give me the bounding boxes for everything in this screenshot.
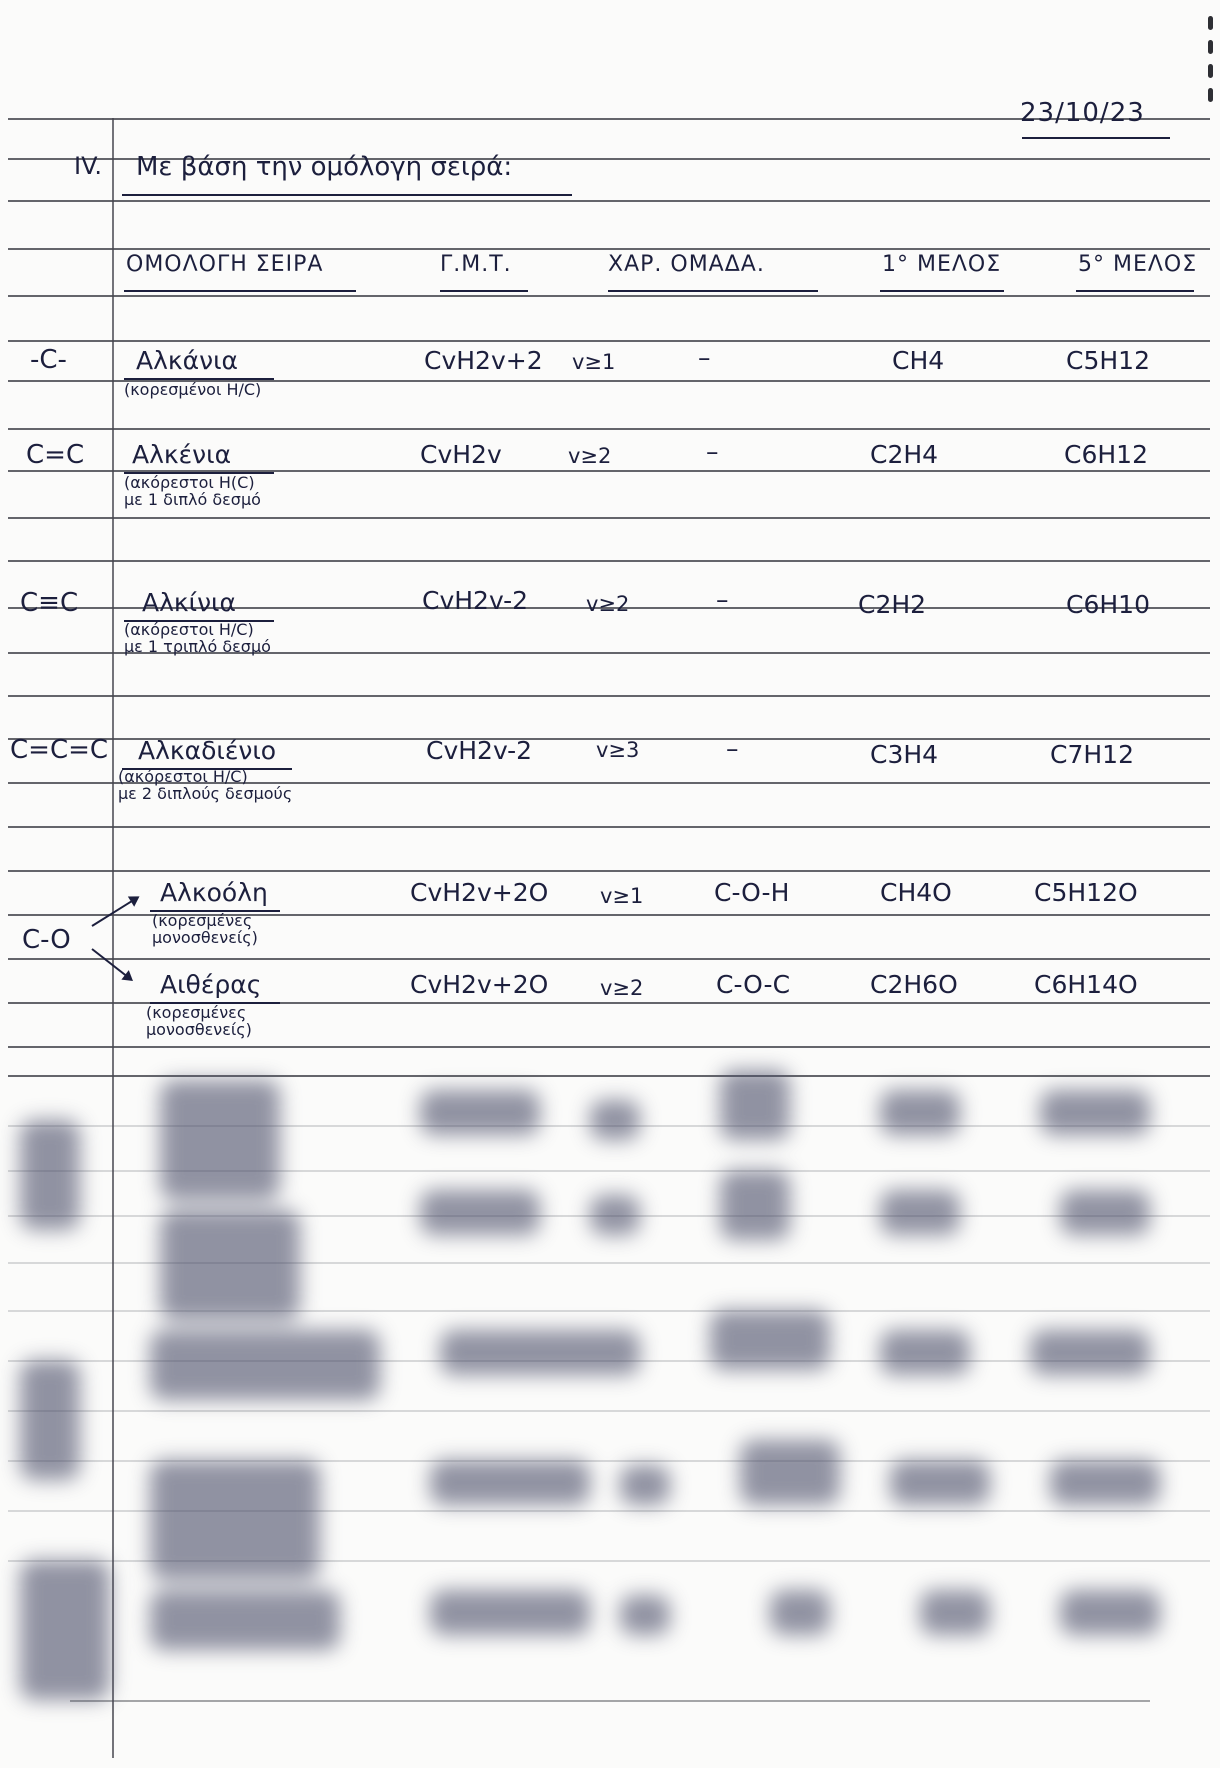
ruled-line [8, 340, 1210, 342]
series-note: μονοσθενείς) [152, 929, 258, 946]
series-note: (κορεσμένες [146, 1004, 246, 1021]
ruled-line [8, 1046, 1210, 1048]
condition: v≥2 [600, 976, 643, 1000]
bond-symbol: -C- [30, 345, 67, 375]
series-name: Αιθέρας [160, 970, 261, 999]
ruled-line [8, 870, 1210, 872]
series-note: μονοσθενείς) [146, 1021, 252, 1038]
ruled-line [8, 958, 1210, 960]
fifth-member: C5H12 [1066, 346, 1150, 375]
general-formula: CvH2v+2O [410, 970, 548, 999]
fifth-member: C6H10 [1066, 590, 1150, 619]
arrow-up-icon [91, 897, 138, 927]
header-underline [440, 290, 528, 292]
general-formula: CvH2v-2 [422, 586, 528, 615]
binder-holes [1208, 16, 1214, 112]
functional-group: – [698, 343, 711, 372]
fifth-member: C7H12 [1050, 740, 1134, 769]
general-formula: CvH2v [420, 440, 502, 469]
series-name: Αλκένια [132, 440, 231, 469]
first-member: C2H2 [858, 590, 926, 619]
functional-group: – [706, 437, 719, 466]
ruled-line [8, 826, 1210, 828]
series-note: (ακόρεστοι H/C) [124, 621, 254, 638]
condition: v≥3 [596, 738, 639, 762]
header-fifth-member: 5° ΜΕΛΟΣ [1078, 252, 1197, 277]
fifth-member: C6H12 [1064, 440, 1148, 469]
notebook-page: 23/10/23 IV. Με βάση την ομόλογη σειρά: … [0, 0, 1220, 1768]
header-functional-group: ΧΑΡ. ΟΜΑΔΑ. [608, 252, 765, 277]
ruled-line [70, 1700, 1150, 1702]
first-member: CH4O [880, 878, 952, 907]
series-note: (ακόρεστοι H/C) [118, 768, 248, 785]
series-name: Αλκοόλη [160, 878, 268, 907]
ruled-line [8, 517, 1210, 519]
condition: v≥1 [572, 350, 615, 374]
section-number: IV. [74, 152, 102, 180]
series-name: Αλκάνια [136, 346, 238, 375]
ruled-line [8, 200, 1210, 202]
header-homologous-series: ΟΜΟΛΟΓΗ ΣΕΙΡΑ [126, 252, 323, 277]
ruled-line [8, 428, 1210, 430]
series-note: (κορεσμένοι H/C) [124, 381, 261, 398]
condition: v≥1 [600, 884, 643, 908]
title-underline [122, 194, 572, 196]
section-title: Με βάση την ομόλογη σειρά: [136, 152, 512, 182]
bond-symbol: C=C=C [10, 735, 108, 765]
header-underline [608, 290, 818, 292]
general-formula: CvH2v+2 [424, 346, 543, 375]
first-member: C3H4 [870, 740, 938, 769]
bond-symbol: C-O [22, 925, 71, 955]
header-general-formula: Γ.Μ.Τ. [440, 252, 512, 277]
bond-symbol: C≡C [20, 588, 78, 618]
header-underline [880, 290, 1004, 292]
ruled-line [8, 295, 1210, 297]
ruled-line [8, 248, 1210, 250]
bond-symbol: C=C [26, 440, 84, 470]
first-member: CH4 [892, 346, 944, 375]
functional-group: C-O-C [716, 970, 790, 999]
functional-group: – [726, 734, 739, 763]
series-note: με 1 τριπλό δεσμό [124, 638, 271, 655]
series-name: Αλκίνια [142, 588, 236, 617]
date: 23/10/23 [1020, 98, 1145, 128]
ruled-line [8, 560, 1210, 562]
fifth-member: C6H14O [1034, 970, 1138, 999]
ruled-line [8, 695, 1210, 697]
header-underline [124, 290, 356, 292]
condition: v≥2 [568, 444, 611, 468]
condition: v≥2 [586, 592, 629, 616]
date-underline [1022, 137, 1170, 139]
series-name: Αλκαδιένιο [138, 736, 276, 765]
first-member: C2H4 [870, 440, 938, 469]
functional-group: – [716, 585, 729, 614]
series-note: με 2 διπλούς δεσμούς [118, 785, 292, 802]
header-underline [1076, 290, 1194, 292]
general-formula: CvH2v+2O [410, 878, 548, 907]
header-first-member: 1° ΜΕΛΟΣ [882, 252, 1001, 277]
first-member: C2H6O [870, 970, 958, 999]
series-note: (ακόρεστοι H(C) [124, 474, 255, 491]
series-note: (κορεσμένες [152, 912, 252, 929]
fifth-member: C5H12O [1034, 878, 1138, 907]
series-note: με 1 διπλό δεσμό [124, 491, 261, 508]
general-formula: CvH2v-2 [426, 736, 532, 765]
functional-group: C-O-H [714, 878, 789, 907]
blurred-content [0, 1060, 1220, 1700]
